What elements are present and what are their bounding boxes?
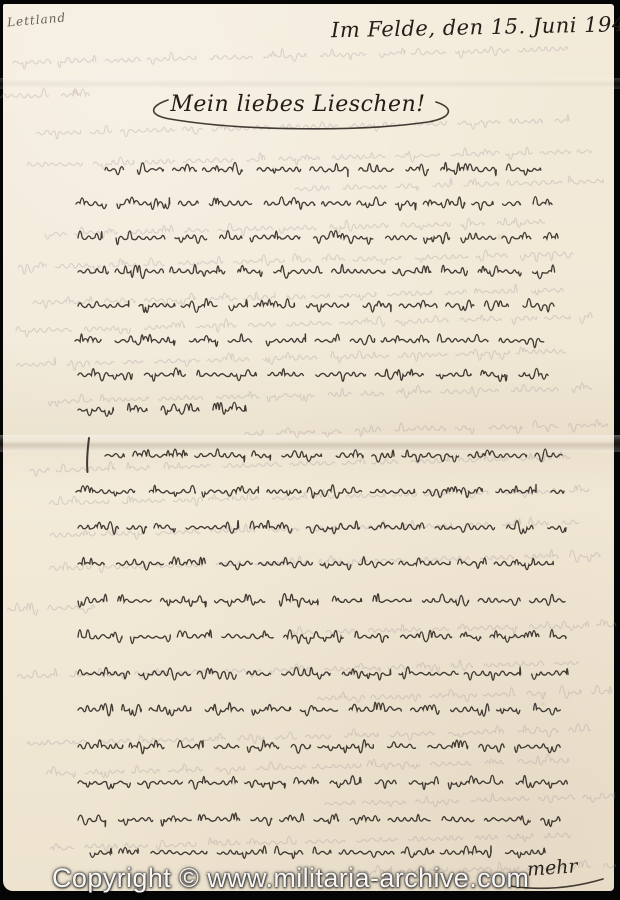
copyright-watermark: Copyright © www.militaria-archive.com [52, 863, 529, 894]
letter-photo: Lettland Im Felde, den 15. Juni 1942. Me… [0, 0, 620, 900]
catchword: mehr [526, 855, 578, 880]
handwriting-strokes [0, 0, 620, 900]
salutation: Mein liebes Lieschen! [148, 92, 448, 117]
